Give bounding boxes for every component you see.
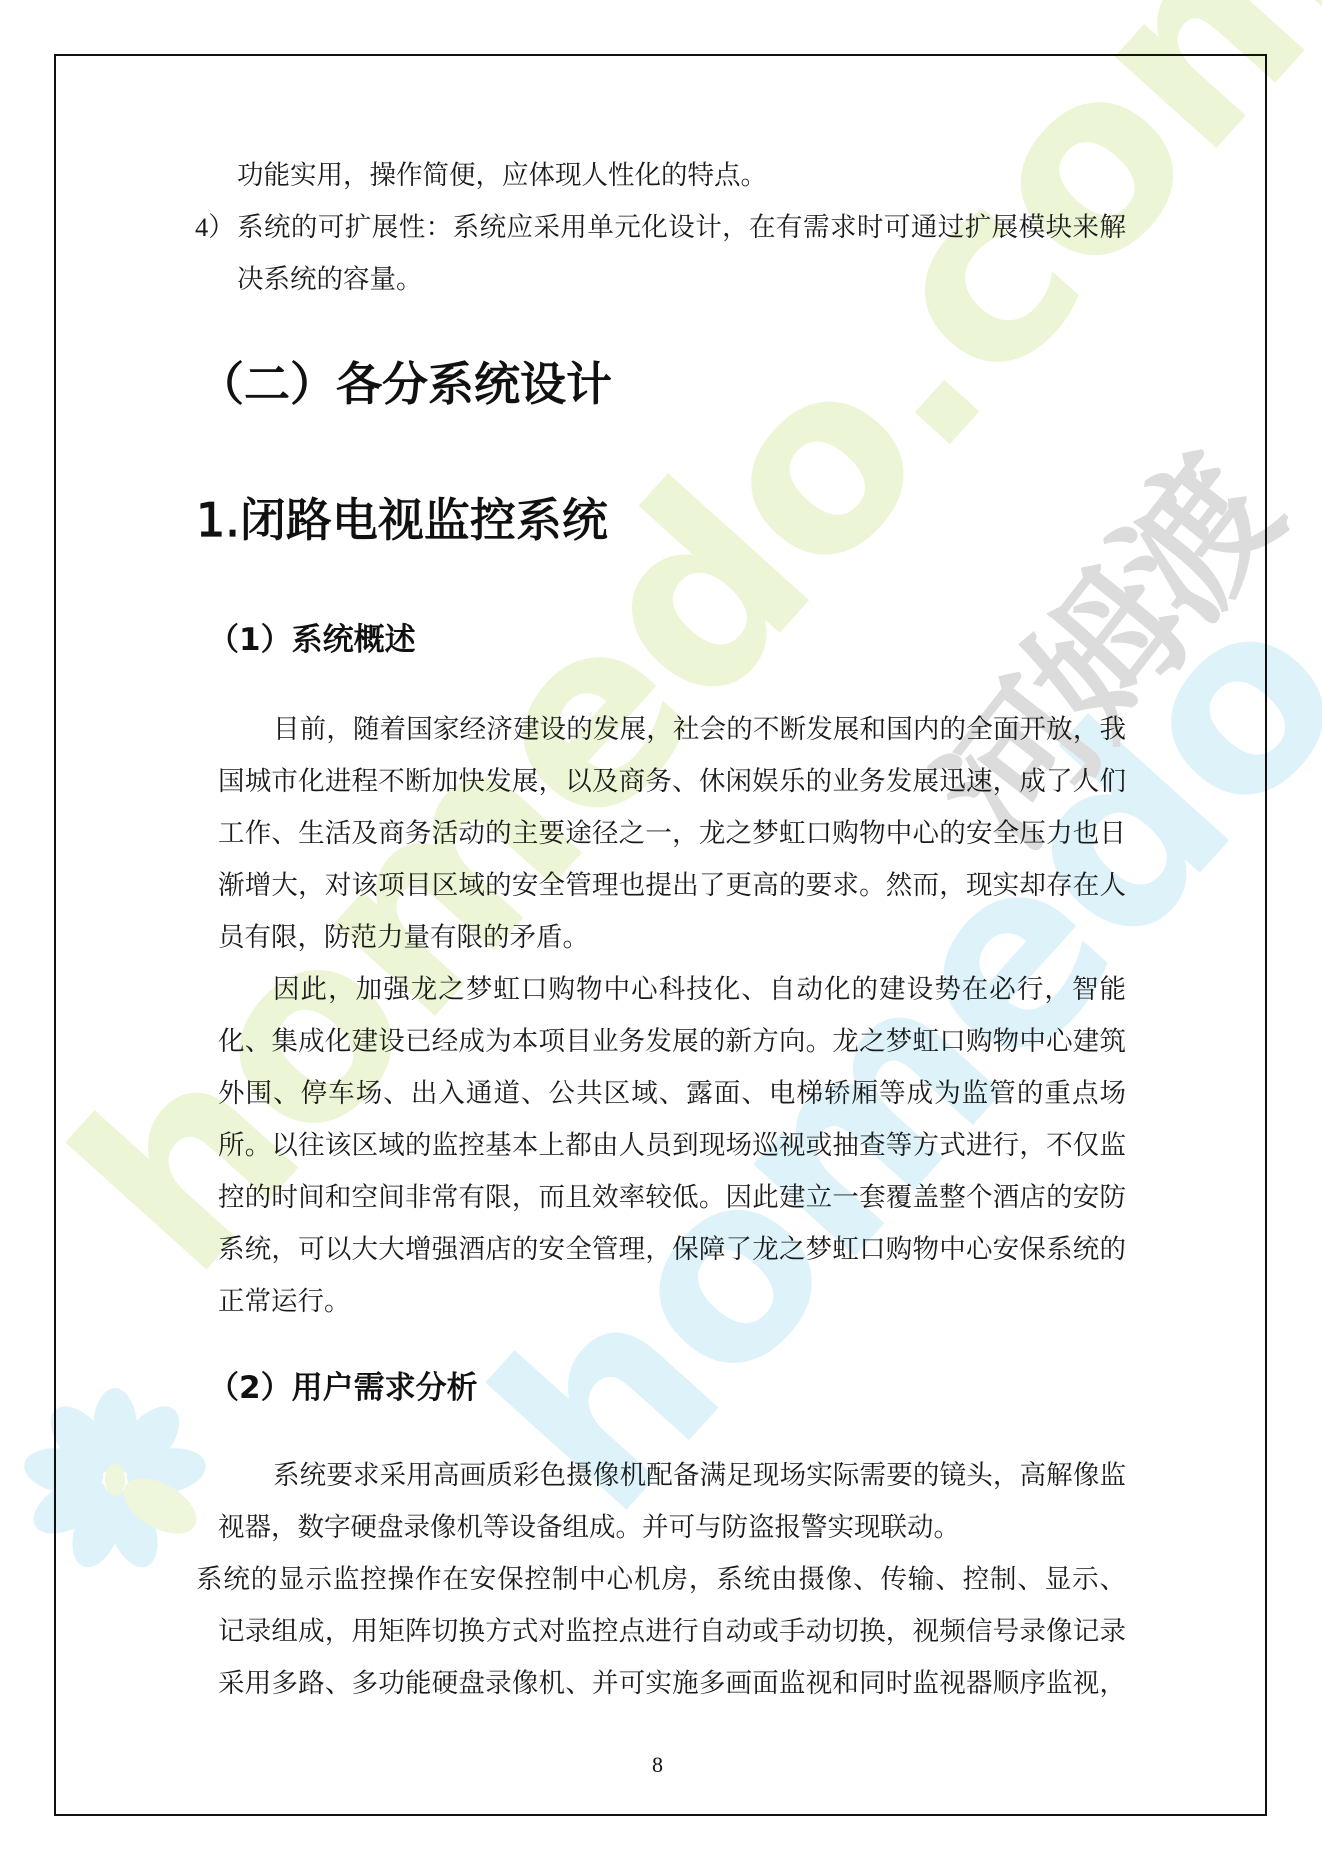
paragraph-line: 目前，随着国家经济建设的发展，社会的不断发展和国内的全面开放，我 xyxy=(273,714,1126,744)
paragraph-line: 系统要求采用高画质彩色摄像机配备满足现场实际需要的镜头，高解像监 xyxy=(273,1460,1126,1490)
overview-heading: （1）系统概述 xyxy=(208,620,416,660)
paragraph-line: 系统，可以大大增强酒店的安全管理，保障了龙之梦虹口购物中心安保系统的 xyxy=(218,1234,1126,1264)
paragraph-line: 视器，数字硬盘录像机等设备组成。并可与防盗报警实现联动。 xyxy=(218,1512,960,1542)
paragraph-line: 采用多路、多功能硬盘录像机、并可实施多画面监视和同时监视器顺序监视， xyxy=(218,1668,1126,1698)
paragraph-line: 化、集成化建设已经成为本项目业务发展的新方向。龙之梦虹口购物中心建筑 xyxy=(218,1026,1126,1056)
paragraph-line: 系统的显示监控操作在安保控制中心机房，系统由摄像、传输、控制、显示、 xyxy=(196,1564,1126,1594)
paragraph-line: 外围、停车场、出入通道、公共区域、露面、电梯轿厢等成为监管的重点场 xyxy=(218,1078,1126,1108)
paragraph-line: 员有限，防范力量有限的矛盾。 xyxy=(218,922,589,952)
list-item-4-line2: 决系统的容量。 xyxy=(237,264,423,294)
paragraph-line: 正常运行。 xyxy=(218,1286,351,1316)
paragraph-line: 渐增大，对该项目区域的安全管理也提出了更高的要求。然而，现实却存在人 xyxy=(218,870,1126,900)
page-number: 8 xyxy=(652,1752,663,1778)
list-item-4-line1: 系统的可扩展性：系统应采用单元化设计，在有需求时可通过扩展模块来解 xyxy=(237,212,1126,242)
requirements-heading: （2）用户需求分析 xyxy=(208,1368,478,1408)
subsection-heading: 1.闭路电视监控系统 xyxy=(196,492,608,548)
paragraph-line: 因此，加强龙之梦虹口购物中心科技化、自动化的建设势在必行，智能 xyxy=(273,974,1126,1004)
intro-line: 功能实用，操作简便，应体现人性化的特点。 xyxy=(237,160,767,190)
paragraph-line: 控的时间和空间非常有限，而且效率较低。因此建立一套覆盖整个酒店的安防 xyxy=(218,1182,1126,1212)
list-marker-4: 4） xyxy=(195,212,235,242)
paragraph-line: 工作、生活及商务活动的主要途径之一，龙之梦虹口购物中心的安全压力也日 xyxy=(218,818,1126,848)
section-heading: （二）各分系统设计 xyxy=(198,356,612,412)
paragraph-line: 国城市化进程不断加快发展，以及商务、休闲娱乐的业务发展迅速，成了人们 xyxy=(218,766,1126,796)
paragraph-line: 所。以往该区域的监控基本上都由人员到现场巡视或抽查等方式进行，不仅监 xyxy=(218,1130,1126,1160)
paragraph-line: 记录组成，用矩阵切换方式对监控点进行自动或手动切换，视频信号录像记录 xyxy=(218,1616,1126,1646)
